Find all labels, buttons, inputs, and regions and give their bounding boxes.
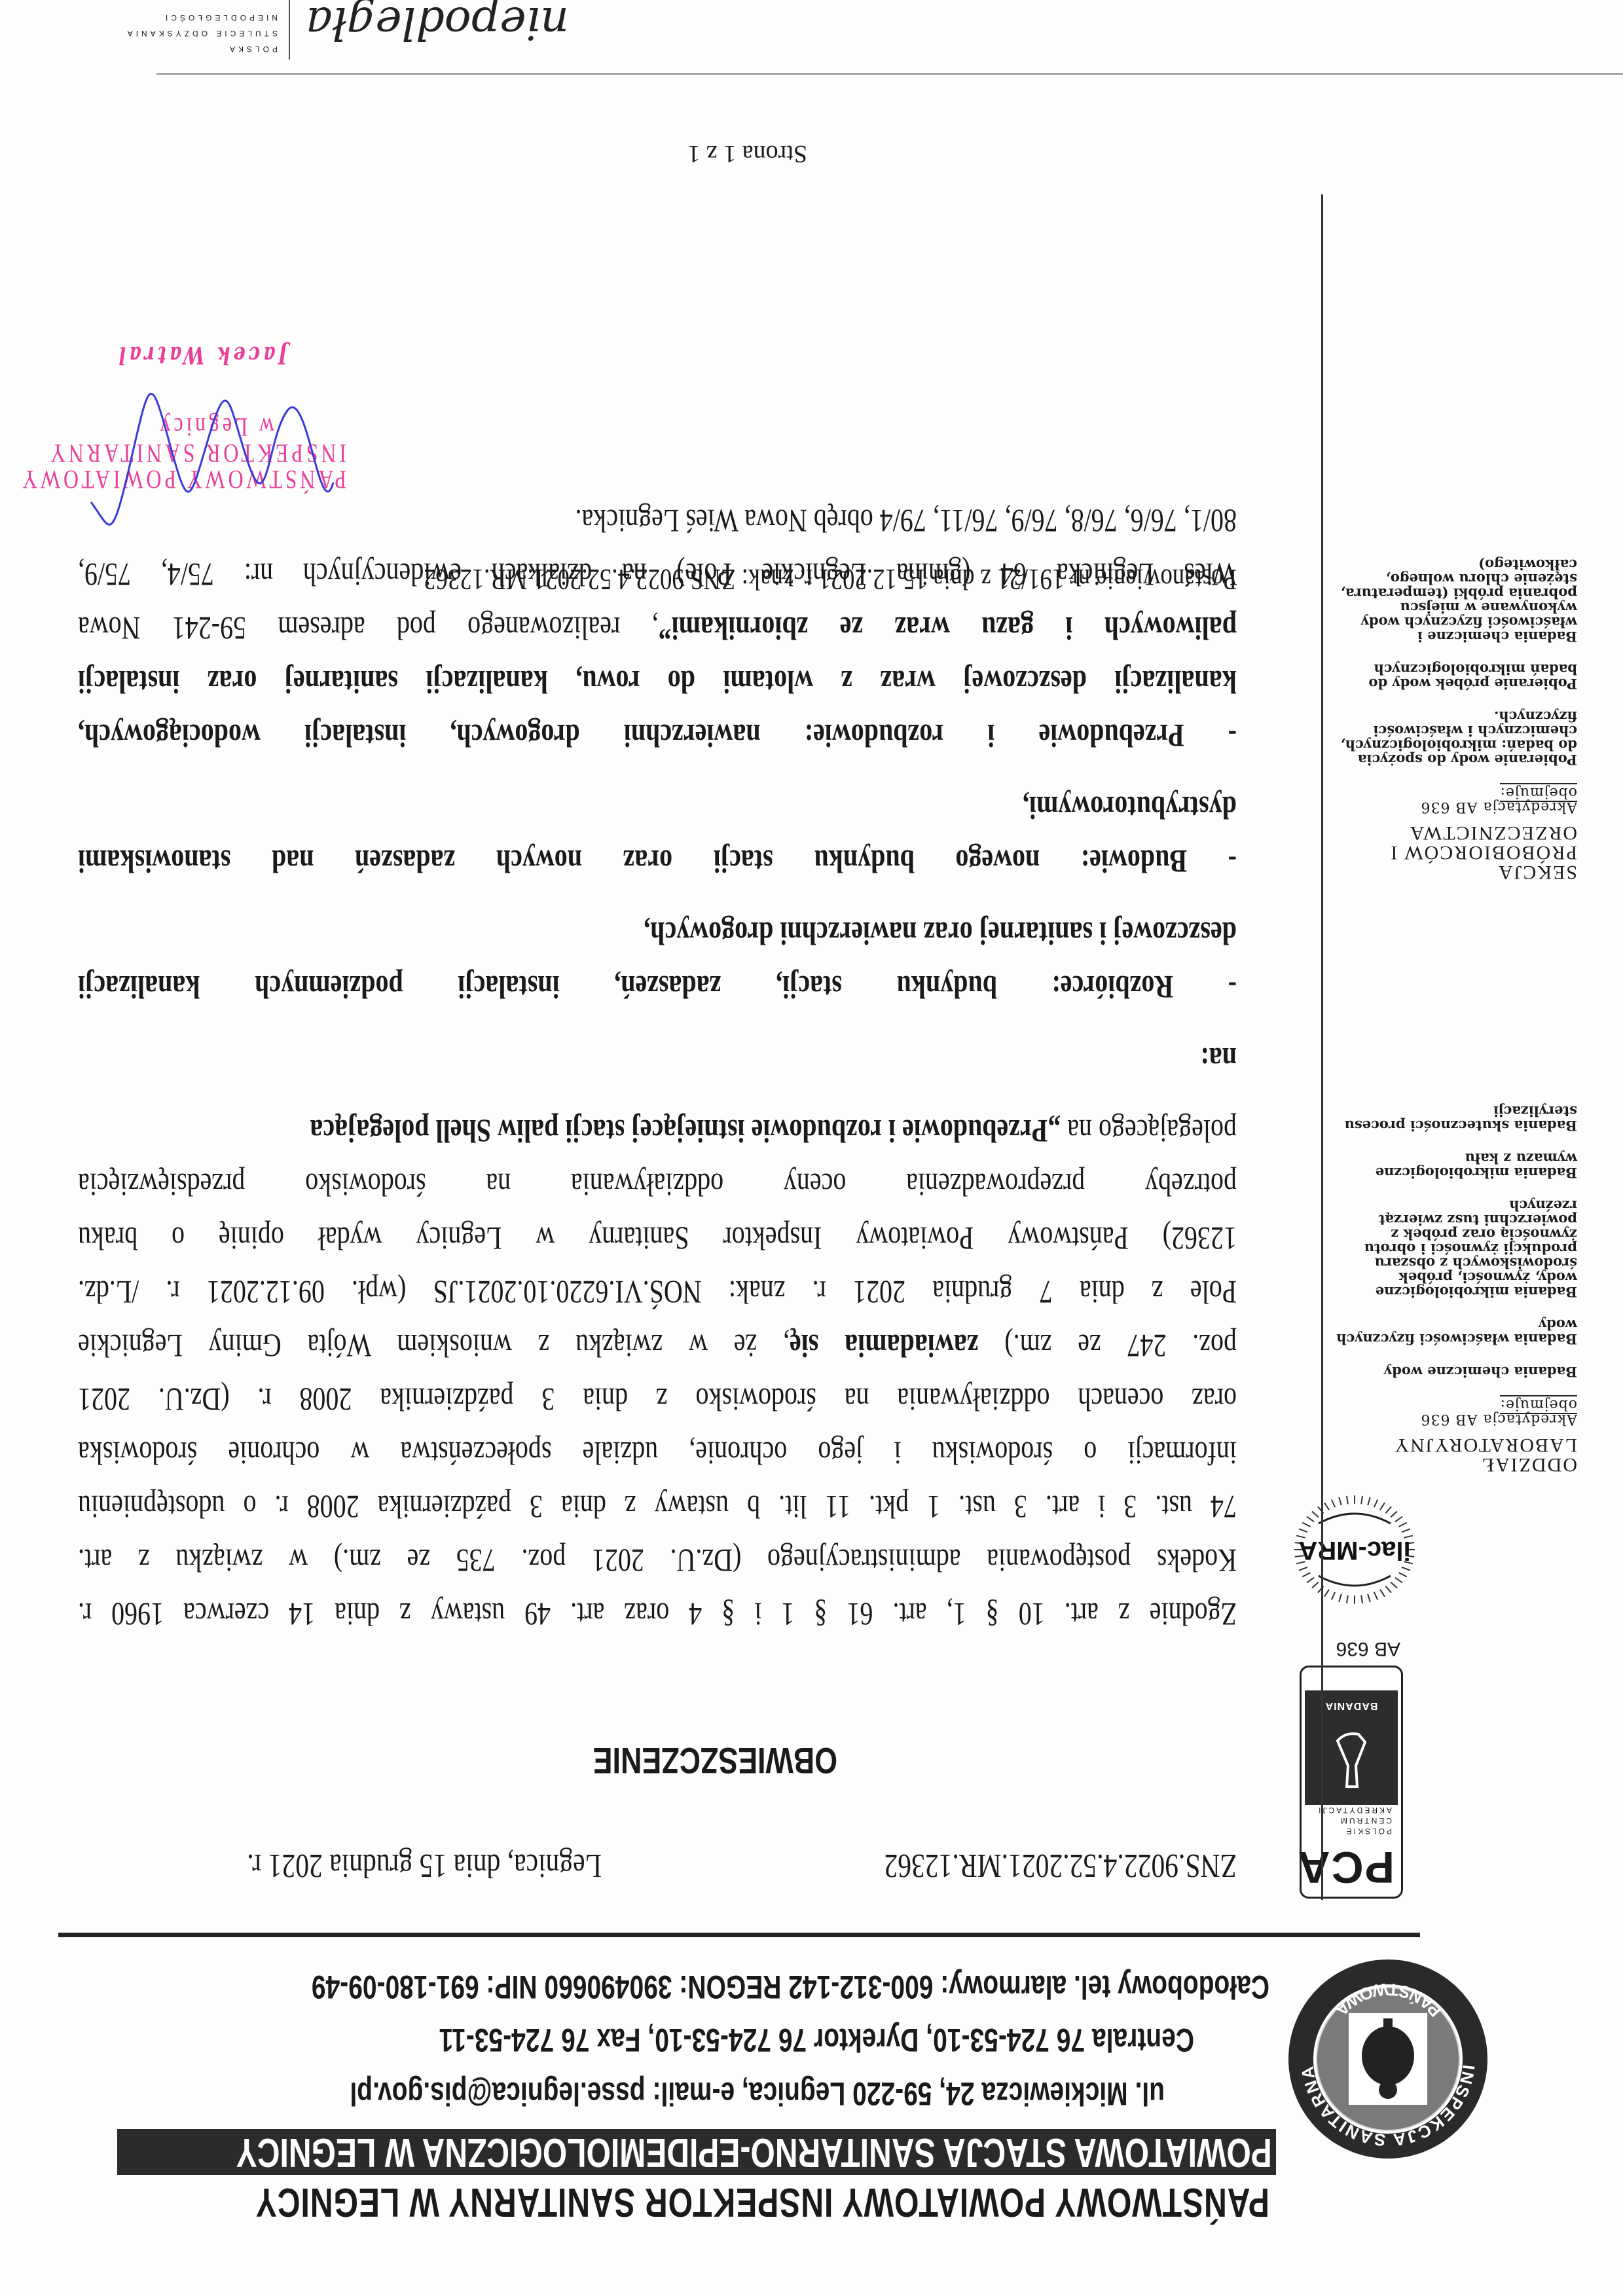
- body-line: - Rozbiórce: budynku stacji, zadaszeń, i…: [78, 960, 1237, 1014]
- body-line: - Przebudowie i rozbudowie: nawierzchni …: [78, 709, 1237, 763]
- section-accreditation: Akredytacja AB 636obejmuje:: [1335, 1397, 1577, 1426]
- footer-divider: [156, 73, 1623, 75]
- sidebar-divider: [1321, 194, 1323, 1900]
- paragraph-gap: [78, 888, 1237, 907]
- body-line: oraz ocenach oddziaływania na środowisko…: [78, 1373, 1237, 1427]
- body-line: 12362) Państwowy Powiatowy Inspektor San…: [78, 1212, 1237, 1266]
- body-line: informacji o środowisku i jego ochronie,…: [78, 1427, 1237, 1480]
- pca-abbr: PCA: [1296, 1842, 1395, 1893]
- section-caption: ODDZIAŁ LABORATORYJNY: [1335, 1435, 1577, 1474]
- header-address: ul. Mickiewicza 24, 59-220 Legnica, e-ma…: [350, 2075, 1165, 2113]
- eagle-icon: INSPEKCJA SANITARNA PAŃSTWOWA: [1286, 1958, 1489, 2160]
- section-item: Badania chemiczne i właściwości fizyczny…: [1335, 557, 1577, 644]
- header-subtitle: POWIATOWA STACJA SANITARNO-EPIDEMIOLOGIC…: [378, 2129, 1276, 2175]
- pca-fullname: POLSKIE CENTRUM AKREDYTACJI: [1302, 1805, 1392, 1836]
- accreditation-code: AB 636: [1336, 1637, 1400, 1660]
- section-caption: SEKCJA PRÓBOBIORCÓW I ORZECZNICTWA: [1335, 823, 1577, 882]
- niepodlegla-logo: niepodległa: [301, 0, 575, 70]
- sanitary-inspection-emblem: INSPEKCJA SANITARNA PAŃSTWOWA: [1286, 1958, 1489, 2160]
- header-identifiers: Całodobowy tel. alarmowy: 600-312-142 RE…: [312, 1968, 1269, 2006]
- case-reference: ZNS.9022.4.52.2021.MR.12362: [884, 1846, 1237, 1885]
- header-title: PAŃSTWOWY POWIATOWY INSPEKTOR SANITARNY …: [255, 2179, 1269, 2225]
- footer-logo-line: NIEPODLEGŁOŚCI: [124, 10, 278, 26]
- sidebar-section-samplers: SEKCJA PRÓBOBIORCÓW I ORZECZNICTWA Akred…: [1335, 557, 1577, 882]
- footer-logo-line: STULECIE ODZYSKANIA: [124, 26, 278, 41]
- header-subtitle-band: POWIATOWA STACJA SANITARNO-EPIDEMIOLOGIC…: [117, 2129, 1276, 2175]
- pca-accreditation-logo: PCA POLSKIE CENTRUM AKREDYTACJI BADANIA: [1300, 1666, 1403, 1899]
- section-item: Badania mikrobiologiczne wymazu z kału: [1335, 1151, 1577, 1180]
- body-line: polegającego na „Przebudowie i rozbudowi…: [78, 1104, 1237, 1158]
- section-accreditation: Akredytacja AB 636obejmuje:: [1335, 785, 1577, 814]
- body-line: dystrybutorowymi,: [78, 781, 1237, 835]
- scanned-document-page: INSPEKCJA SANITARNA PAŃSTWOWA PAŃSTWOWY …: [0, 0, 1623, 2296]
- page-indicator: Strona 1 z 1: [687, 139, 807, 168]
- decision-reference: Postanowienie nr 191/21 z dnia 15.12.202…: [424, 562, 1237, 597]
- body-line: Kodeks postępowania administracyjnego (D…: [78, 1534, 1237, 1588]
- ilac-mra-icon: ilac-MRA: [1283, 1484, 1427, 1615]
- body-line: potrzeby przeprowadzenia oceny oddziaływ…: [78, 1158, 1237, 1212]
- svg-text:niepodległa: niepodległa: [306, 0, 569, 48]
- handwritten-signature: [71, 358, 359, 541]
- document-body: Zgodnie z art. 10 § 1, art. 61 § 1 i § 4…: [78, 494, 1237, 1641]
- paragraph-gap: [78, 1086, 1237, 1104]
- document-title: OBWIESZCZENIE: [593, 1740, 837, 1782]
- header-phones: Centrala 76 724-53-10, Dyrektor 76 724-5…: [439, 2021, 1194, 2059]
- pca-badge: BADANIA: [1305, 1690, 1398, 1805]
- place-and-date: Legnica, dnia 15 grudnia 2021 r.: [247, 1846, 602, 1885]
- body-line: 74 ust. 3 i art. 3 ust. 1 pkt. 11 lit. b…: [78, 1480, 1237, 1534]
- footer-logo-line: POLSKA: [124, 41, 278, 57]
- sidebar-section-laboratory: ODDZIAŁ LABORATORYJNY Akredytacja AB 636…: [1335, 1104, 1577, 1474]
- footer-logo-divider: [289, 0, 290, 60]
- header-divider: [58, 1933, 1420, 1937]
- body-line: Pole z dnia 7 grudnia 2021 r. znak: NOŚ.…: [78, 1266, 1237, 1319]
- footer-logo-text: POLSKA STULECIE ODZYSKANIA NIEPODLEGŁOŚC…: [124, 10, 278, 57]
- ilac-mra-logo: ilac-MRA: [1283, 1484, 1427, 1615]
- test-tube-icon: [1332, 1726, 1372, 1792]
- body-line: kanalizacji deszczowej wraz z wlotami do…: [78, 655, 1237, 709]
- section-item: Pobieranie próbek wody do badań mikrobio…: [1335, 662, 1577, 691]
- body-line: Zgodnie z art. 10 § 1, art. 61 § 1 i § 4…: [78, 1588, 1237, 1641]
- section-item: Badania skuteczności procesu sterylizacj…: [1335, 1104, 1577, 1133]
- paragraph-gap: [78, 1014, 1237, 1032]
- body-line: - Budowie: nowego budynku stacji oraz no…: [78, 835, 1237, 888]
- body-line: deszczowej i sanitarnej oraz nawierzchni…: [78, 907, 1237, 960]
- pca-line2: AKREDYTACJI: [1302, 1805, 1392, 1815]
- body-line: na:: [78, 1032, 1237, 1086]
- body-line: poz. 247 ze zm.) zawiadamia się, że w zw…: [78, 1319, 1237, 1373]
- section-item: Pobieranie wody do spożycia do badań: mi…: [1335, 709, 1577, 767]
- pca-line1: POLSKIE CENTRUM: [1302, 1815, 1392, 1836]
- section-item: Badania chemiczne wody: [1335, 1364, 1577, 1379]
- svg-text:ilac-MRA: ilac-MRA: [1298, 1536, 1410, 1565]
- section-item: Badania właściwości fizycznych wody: [1335, 1317, 1577, 1346]
- pca-badge-label: BADANIA: [1305, 1700, 1398, 1711]
- section-item: Badania mikrobiologiczne wody, żywności,…: [1335, 1198, 1577, 1299]
- body-line: paliwowych i gazu wraz ze zbiornikami”, …: [78, 602, 1237, 655]
- paragraph-gap: [78, 763, 1237, 781]
